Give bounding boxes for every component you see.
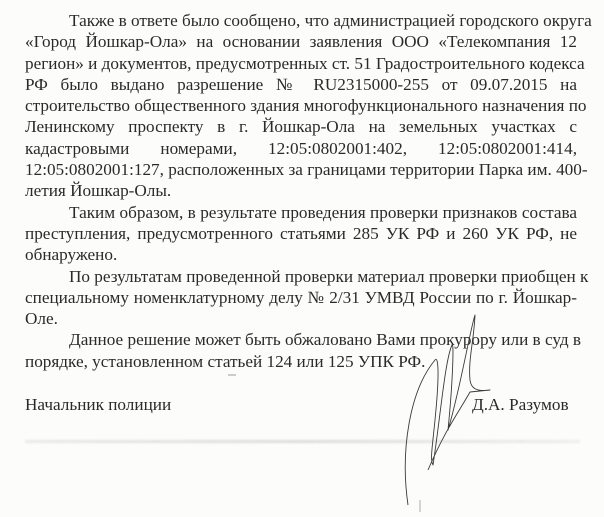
scan-speck bbox=[228, 374, 236, 376]
text-line: 12:05:0802001:127, расположенных за гран… bbox=[25, 159, 577, 180]
text-line: преступления, предусмотренного статьями … bbox=[25, 223, 577, 244]
text-line: Таким образом, в результате проведения п… bbox=[25, 202, 577, 223]
text-line: РФ было выдано разрешение № RU2315000-25… bbox=[25, 74, 577, 95]
text-line: Ленинскому проспекту в г. Йошкар-Ола на … bbox=[25, 116, 577, 137]
text-line: строительство общественного здания много… bbox=[25, 95, 577, 116]
document-page: Также в ответе было сообщено, что админи… bbox=[0, 0, 604, 517]
text-line: «Город Йошкар-Ола» на основании заявлени… bbox=[25, 31, 577, 52]
text-line: Также в ответе было сообщено, что админи… bbox=[25, 10, 577, 31]
handwritten-signature-icon bbox=[390, 300, 604, 517]
text-line: летия Йошкар-Олы. bbox=[25, 180, 577, 201]
text-line: регион» и документов, предусмотренных ст… bbox=[25, 53, 577, 74]
text-line: обнаружено. bbox=[25, 244, 577, 265]
signer-position-title: Начальник полиции bbox=[25, 395, 171, 415]
text-line: По результатам проведенной проверки мате… bbox=[25, 266, 577, 287]
text-line: кадастровыми номерами, 12:05:0802001:402… bbox=[25, 138, 577, 159]
